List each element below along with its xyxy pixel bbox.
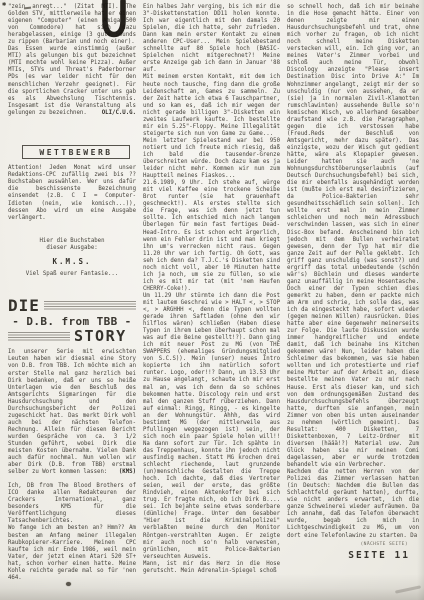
left-column: "zein anregt..." (Zitat MTI). The Golden…: [8, 4, 136, 582]
author-signature: OLI/C.U.G.: [102, 110, 136, 117]
story-title: DIE - D.B. from TBB - STORY: [8, 298, 136, 345]
right-column: so schnell hoch, daß ich mir beinahe in …: [287, 4, 419, 540]
story-paragraph: Ein halbes Jahr verging, bis ich mir die…: [143, 4, 280, 74]
middle-column: Ein halbes Jahr verging, bis ich mir die…: [143, 4, 280, 575]
page-number: SEITE 11: [348, 550, 410, 561]
contest-body: Attention! Jeden Monat wird unser Redakt…: [8, 165, 136, 221]
story-author-thanks: Ich, DB from The Blood Brothers of ICO d…: [8, 483, 136, 525]
next-page-hint: (NÄCHSTE SEITE): [361, 542, 409, 547]
story-paragraph: so schnell hoch, daß ich mir beinahe in …: [287, 4, 419, 469]
story-title-line2: - D.B. from TBB -: [8, 316, 136, 327]
scanned-fanzine-page: "zein anregt..." (Zitat MTI). The Golden…: [0, 0, 424, 600]
scan-corner-streak: [395, 585, 421, 593]
story-paragraph: Um 11.29 Uhr stürmte ich dann die Post m…: [143, 293, 280, 561]
contest-letters-intro: Hier die Buchstaben dieser Ausgabe:: [8, 238, 136, 252]
ink-dot: [66, 582, 71, 586]
contest-closing-line: Viel Spaß eurer Fantasie...: [8, 271, 136, 278]
story-title-line3: STORY: [74, 329, 127, 344]
story-paragraph: Nachdem die netten Herren von der Polize…: [287, 469, 419, 539]
meeting-report-paragraph: Das Essen wurde einstimmig (außer MTI) a…: [8, 46, 136, 116]
intro-text: In unserer Serie mit erwischten Leuten h…: [8, 349, 136, 475]
story-paragraph: Mit meinem ersten Kontakt, mit dem ich h…: [143, 74, 280, 137]
contest-title: WETTBEWERB: [39, 148, 112, 157]
contest-title-box: WETTBEWERB: [22, 145, 130, 160]
story-paragraph: Mann, ist mir das Herz in die Hose gerut…: [143, 561, 280, 575]
story-editor-intro: In unserer Serie mit erwischten Leuten h…: [8, 349, 136, 476]
hatched-rule: [8, 332, 70, 341]
pen-u-mark: [96, 0, 132, 40]
contest-letters: K.M.S.: [8, 258, 136, 265]
story-paragraph: 21.6.1989, 9 Uhr. Ich stehe auf, würge m…: [143, 180, 280, 293]
report-text: Das Essen wurde einstimmig (außer MTI) a…: [8, 46, 136, 115]
story-title-line1: DIE: [8, 298, 40, 314]
story-paragraph: Mein letzter Spielestand war bei 950 not…: [143, 138, 280, 180]
ink-speck: ✱: [2, 0, 6, 8]
story-begin-paragraph: Wo fange ich am besten an? Hmm?? Am best…: [8, 525, 136, 581]
hatched-rule: [44, 301, 136, 310]
editor-signature: (KMS): [119, 469, 136, 476]
